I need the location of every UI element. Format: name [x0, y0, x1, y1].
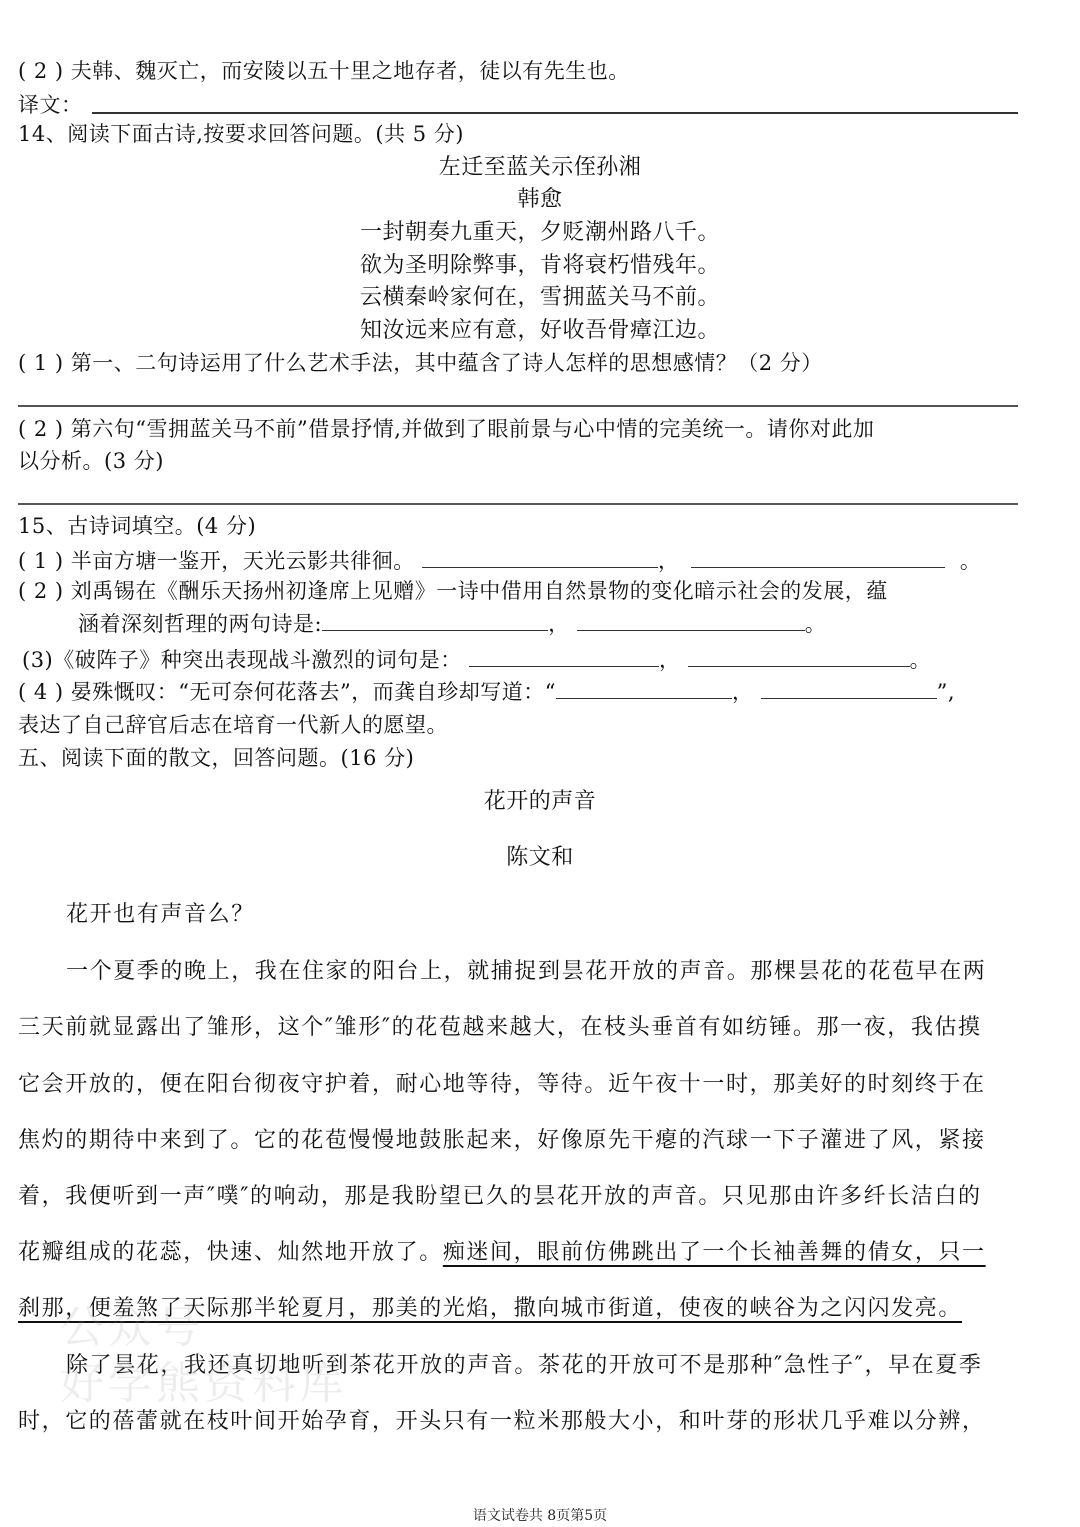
q13-translation-label: 译文：	[18, 90, 83, 120]
q15-item3-blank-1[interactable]	[469, 646, 659, 667]
q15-item4-blank-1[interactable]	[556, 678, 732, 699]
poem-line-4: 知汝远来应有意，好收吾骨瘴江边。	[0, 316, 1080, 346]
comma: ，	[659, 648, 681, 672]
q15-item2-line1: ( 2 ) 刘禹锡在《酬乐天扬州初逢席上见赠》一诗中借用自然景物的变化暗示社会的…	[18, 576, 888, 606]
poem-line-2: 欲为圣明除弊事，肯将衰朽惜残年。	[0, 251, 1080, 281]
underlined-sentence-part1: 痴迷间，眼前仿佛跳出了一个长袖善舞的倩女，只一	[443, 1240, 986, 1265]
essay-p3-line1: 除了昙花，我还真切地听到茶花开放的声音。茶花的开放可不是那种″急性子″，早在夏季	[66, 1351, 982, 1381]
q13-item2: ( 2 ) 夫韩、魏灭亡，而安陵以五十里之地存者，徒以有先生也。	[18, 56, 630, 86]
comma: ，	[658, 549, 680, 573]
essay-p2-line6: 花瓣组成的花蕊，快速、灿然地开放了。痴迷间，眼前仿佛跳出了一个长袖善舞的倩女，只…	[18, 1238, 986, 1268]
q15-item4-blank-2[interactable]	[761, 678, 937, 699]
essay-p2-line1: 一个夏季的晚上，我在住家的阳台上，就捕捉到昙花开放的声音。那棵昙花的花苞早在两	[66, 957, 986, 987]
q14-sub1-answer-line[interactable]	[18, 405, 1018, 407]
essay-p3-line2: 时，它的蓓蕾就在枝叶间开始孕育，开头只有一粒米那般大小，和叶芽的形状几乎难以分辨…	[18, 1407, 986, 1437]
q14-heading: 14、阅读下面古诗,按要求回答问题。(共 5 分)	[18, 119, 464, 149]
q15-item3-prompt: (3)《破阵子》种突出表现战斗激烈的词句是：	[22, 648, 462, 672]
q15-item2-line2: 涵着深刻哲理的两句诗是:， 。	[78, 609, 826, 639]
poem-line-1: 一封朝奏九重天，夕贬潮州路八千。	[0, 218, 1080, 248]
q15-heading: 15、古诗词填空。(4 分)	[18, 511, 256, 541]
period: 。	[805, 612, 827, 636]
page-footer: 语文试卷共 8页第5页	[0, 1505, 1080, 1525]
essay-title: 花开的声音	[0, 787, 1080, 817]
essay-p2-line5: 着，我便听到一声″噗″的响动，那是我盼望已久的昙花开放的声音。只见那由许多纤长洁…	[18, 1182, 982, 1212]
q15-item4-prompt: ( 4 ) 晏殊慨叹：“无可奈何花落去”，而龚自珍却写道：“	[18, 680, 556, 704]
q13-answer-line[interactable]	[92, 112, 1018, 114]
poem-line-3: 云横秦岭家何在，雪拥蓝关马不前。	[0, 283, 1080, 313]
q15-item3: (3)《破阵子》种突出表现战斗激烈的词句是： ， 。	[22, 645, 931, 675]
q14-sub1: ( 1 ) 第一、二句诗运用了什么艺术手法，其中蕴含了诗人怎样的思想感情？（2 …	[18, 348, 823, 378]
q15-item1-blank-2[interactable]	[691, 547, 945, 568]
essay-p2-line3: 它会开放的，便在阳台彻夜守护着，耐心地等待，等待。近午夜十一时，那美好的时刻终于…	[18, 1070, 986, 1100]
comma: ，	[732, 680, 754, 704]
q15-item1-prompt: ( 1 ) 半亩方塘一鉴开，天光云影共徘徊。	[18, 549, 415, 573]
poem-title: 左迁至蓝关示侄孙湘	[0, 153, 1080, 183]
essay-p2-line4: 焦灼的期待中来到了。它的花苞慢慢地鼓胀起来，好像原先干瘪的汽球一下子灌进了风，紧…	[18, 1126, 986, 1156]
section5-heading: 五、阅读下面的散文，回答问题。(16 分)	[18, 743, 414, 773]
closing-quote: ”,	[937, 680, 955, 704]
period: 。	[960, 549, 982, 573]
poem-author: 韩愈	[0, 185, 1080, 215]
q15-item2-blank-2[interactable]	[577, 610, 805, 631]
essay-p2-line2: 三天前就显露出了雏形，这个″雏形″的花苞越来越大，在枝头垂首有如纺锤。那一夜，我…	[18, 1013, 982, 1043]
q15-item1: ( 1 ) 半亩方塘一鉴开，天光云影共徘徊。 ， 。	[18, 546, 981, 576]
q15-item2-blank-1[interactable]	[322, 610, 548, 631]
exam-page: ( 2 ) 夫韩、魏灭亡，而安陵以五十里之地存者，徒以有先生也。 译文： 14、…	[0, 0, 1080, 1527]
essay-paragraph-1: 花开也有声音么？	[66, 900, 255, 930]
comma: ，	[548, 612, 570, 636]
q15-item3-blank-2[interactable]	[688, 646, 910, 667]
q14-sub2-line1: ( 2 ) 第六句“雪拥蓝关马不前”借景抒情,并做到了眼前景与心中情的完美统一。…	[18, 414, 874, 444]
q15-item4-line2: 表达了自己辞官后志在培育一代新人的愿望。	[18, 710, 448, 740]
q14-sub2-line2: 以分析。(3 分)	[18, 446, 164, 476]
q15-item1-blank-1[interactable]	[422, 547, 658, 568]
underlined-sentence-part2: 刹那，便羞煞了天际那半轮夏月，那美的光焰，撒向城市街道，使夜的峡谷为之闪闪发亮。	[18, 1294, 962, 1324]
q14-sub2-answer-line[interactable]	[18, 503, 1018, 505]
q15-item2-prompt: 涵着深刻哲理的两句诗是:	[78, 612, 322, 636]
q15-item4-line1: ( 4 ) 晏殊慨叹：“无可奈何花落去”，而龚自珍却写道：“， ”,	[18, 677, 955, 707]
essay-plain-text: 花瓣组成的花蕊，快速、灿然地开放了。	[18, 1240, 443, 1265]
period: 。	[910, 648, 932, 672]
essay-author: 陈文和	[0, 843, 1080, 873]
